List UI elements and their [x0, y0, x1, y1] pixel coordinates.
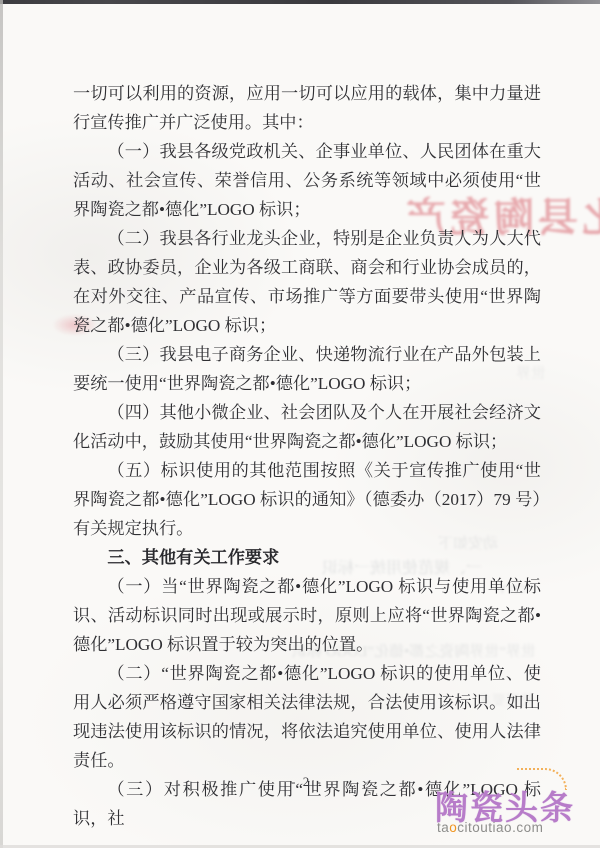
watermark-url-part: ta: [437, 820, 449, 835]
watermark-url-part: citoutiao.com: [457, 820, 543, 835]
paragraph: （二）我县各行业龙头企业，特别是企业负责人为人大代表、政协委员，企业为各级工商联…: [73, 224, 541, 340]
scan-edge-top: [0, 0, 600, 4]
paragraph: （四）其他小微企业、社会团队及个人在开展社会经济文化活动中，鼓励其使用“世界陶瓷…: [73, 398, 541, 456]
scanned-document-page: 德化县陶瓷产 动安如下一、规范使用统一标识CITY·世界“世界陶瓷之都•德化”L…: [0, 0, 600, 848]
paragraph: 一切可以利用的资源，应用一切可以应用的载体，集中力量进行宣传推广并广泛使用。其中…: [73, 79, 541, 137]
watermark: 陶瓷头条 taocitoutiao.com: [433, 766, 600, 846]
section-heading: 三、其他有关工作要求: [73, 543, 541, 572]
scan-edge-left: [0, 0, 3, 848]
paragraph: （三）我县电子商务企业、快递物流行业在产品外包装上要统一使用“世界陶瓷之都•德化…: [73, 340, 541, 398]
watermark-url: taocitoutiao.com: [437, 820, 543, 835]
paragraph: （五）标识使用的其他范围按照《关于宣传推广使用“世界陶瓷之都•德化”LOGO 标…: [73, 456, 541, 543]
paragraph: （二）“世界陶瓷之都•德化”LOGO 标识的使用单位、使用人必须严格遵守国家相关…: [73, 659, 541, 775]
paragraph: （一）我县各级党政机关、企事业单位、人民团体在重大活动、社会宣传、荣誉信用、公务…: [73, 137, 541, 224]
paragraph: （一）当“世界陶瓷之都•德化”LOGO 标识与使用单位标识、活动标识同时出现或展…: [73, 572, 541, 659]
document-body: 一切可以利用的资源，应用一切可以应用的载体，集中力量进行宣传推广并广泛使用。其中…: [73, 79, 541, 833]
